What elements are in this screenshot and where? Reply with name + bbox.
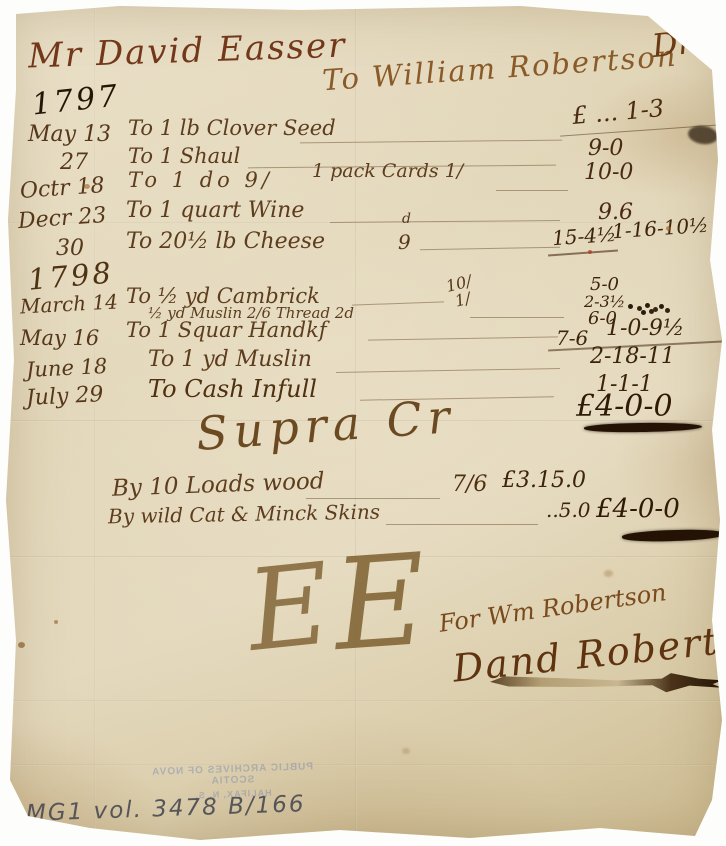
- entry-date: May 16: [20, 328, 99, 349]
- hand-drawn-rule: [548, 250, 618, 257]
- entry-desc: To 20½ lb Cheese: [126, 231, 325, 253]
- entry-desc: To 1 Squar Handkf: [126, 320, 327, 341]
- debit-total: £4-0-0: [576, 392, 673, 422]
- price: 9: [398, 232, 411, 252]
- credit-rate: 7/6: [452, 474, 487, 496]
- foxing-spot: [18, 642, 25, 648]
- entry-date: 27: [60, 152, 88, 174]
- hand-drawn-rule: [300, 140, 562, 144]
- ink-speckles: [628, 304, 633, 309]
- hand-drawn-rule: [336, 368, 560, 373]
- entry-desc: To 1 do 9/: [128, 170, 273, 191]
- foxing-spot: [604, 570, 613, 577]
- entry-amount: 9-0: [588, 138, 623, 160]
- foxing-spot: [402, 748, 410, 754]
- entry-amount: 15-4½: [551, 224, 617, 248]
- entry-total: 1-0-9½: [606, 318, 684, 340]
- foxing-spot: [666, 226, 671, 231]
- entry-rate: 1/: [453, 290, 472, 309]
- entry-amount: 2-18-11: [590, 346, 675, 368]
- debtor-name: Mr David Easser: [28, 28, 347, 73]
- credit-total: £4-0-0: [596, 496, 680, 522]
- entry-date: May 13: [28, 124, 111, 146]
- price-mark: d: [402, 212, 411, 226]
- fold-crease: [0, 700, 726, 702]
- entry-date: July 29: [25, 384, 103, 410]
- entry-total: 1-16-10½: [611, 215, 709, 242]
- hand-drawn-rule: [386, 524, 538, 525]
- foxing-spot: [54, 620, 58, 624]
- ink-smear: [584, 422, 702, 433]
- entry-desc: To 1 Shaul: [128, 146, 240, 167]
- entry-date: June 18: [26, 356, 108, 381]
- entry-date: 30: [56, 238, 84, 260]
- entry-date: Decr 23: [17, 205, 107, 233]
- entry-desc: To 1 lb Clover Seed: [128, 118, 336, 139]
- entry-amount: 10-0: [584, 162, 633, 184]
- fold-crease: [0, 764, 726, 766]
- hand-drawn-rule: [368, 336, 558, 340]
- entry-desc: To 1 yd Muslin: [148, 349, 312, 371]
- flourish-letter: E: [242, 548, 335, 668]
- hand-drawn-rule: [352, 301, 444, 305]
- entry-desc: To Cash Infull: [148, 377, 317, 401]
- paper-sheet: Mr David Easser To William Robertson Dr …: [0, 0, 726, 846]
- hand-drawn-rule: [470, 317, 564, 318]
- scanned-ledger-document: Mr David Easser To William Robertson Dr …: [0, 0, 726, 846]
- entry-desc: To 1 quart Wine: [126, 200, 304, 222]
- credit-desc: By wild Cat & Minck Skins: [108, 502, 380, 527]
- pencil-catalogue-note: MG1 vol. 3478 B/166: [26, 793, 306, 826]
- ink-smudge: [687, 124, 719, 146]
- ink-smear: [622, 528, 726, 543]
- entry-date: Octr 18: [19, 175, 105, 203]
- credit-amount: £3.15.0: [502, 470, 586, 492]
- entry-desc2: 1 pack Cards 1/: [312, 162, 463, 181]
- hand-drawn-rule: [496, 190, 568, 191]
- hand-drawn-rule: [420, 247, 560, 250]
- entry-amount: 7-6: [556, 328, 588, 348]
- account-of-line: To William Robertson: [321, 42, 678, 96]
- credit-desc: By 10 Loads wood: [112, 470, 325, 500]
- foxing-spot: [588, 250, 592, 254]
- entry-amount: £ ... 1-3: [571, 96, 665, 128]
- foxing-spot: [84, 184, 90, 189]
- credit-amount: ..5.0: [546, 500, 591, 520]
- year-1797: 1797: [31, 81, 122, 120]
- entry-date: March 14: [20, 291, 119, 316]
- flourish-letter: E: [330, 537, 431, 669]
- dr-label: Dr: [650, 26, 694, 62]
